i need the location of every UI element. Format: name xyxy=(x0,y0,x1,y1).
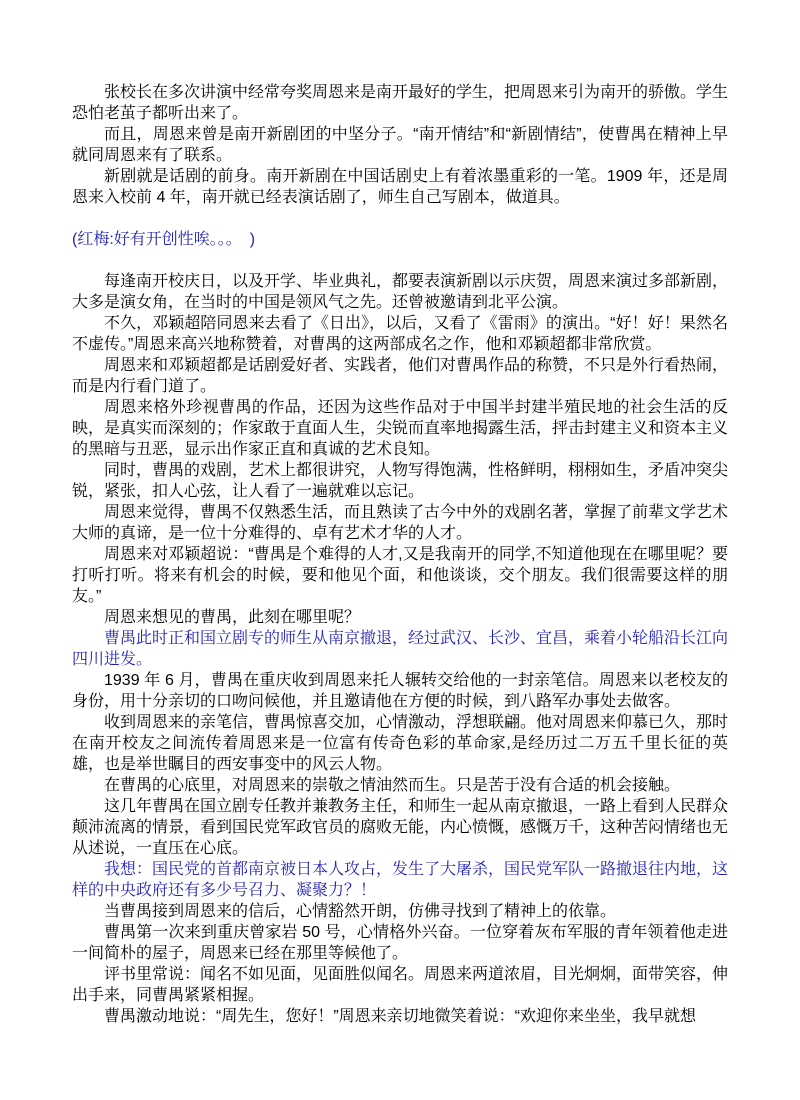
paragraph: 1939 年 6 月，曹禺在重庆收到周恩来托人辗转交给他的一封亲笔信。周恩来以老… xyxy=(72,670,728,712)
paragraph: 周恩来想见的曹禺，此刻在哪里呢？ xyxy=(72,607,728,628)
document-body: 张校长在多次讲演中经常夸奖周恩来是南开最好的学生，把周恩来引为南开的骄傲。学生恐… xyxy=(72,82,728,1027)
paragraph: 周恩来格外珍视曹禺的作品，还因为这些作品对于中国半封建半殖民地的社会生活的反映，… xyxy=(72,397,728,460)
paragraph: 周恩来和邓颖超都是话剧爱好者、实践者，他们对曹禺作品的称赞，不只是外行看热闹，而… xyxy=(72,355,728,397)
paragraph: 在曹禺的心底里，对周恩来的崇敬之情油然而生。只是苦于没有合适的机会接触。 xyxy=(72,775,728,796)
document-page: 张校长在多次讲演中经常夸奖周恩来是南开最好的学生，把周恩来引为南开的骄傲。学生恐… xyxy=(0,0,800,1100)
paragraph: 周恩来对邓颖超说：“曹禺是个难得的人才,又是我南开的同学,不知道他现在在哪里呢？… xyxy=(72,544,728,607)
highlighted-paragraph: 曹禺此时正和国立剧专的师生从南京撤退，经过武汉、长沙、宜昌，乘着小轮船沿长江向四… xyxy=(72,628,728,670)
paragraph: 不久，邓颖超陪同恩来去看了《日出》，以后，又看了《雷雨》的演出。“好！好！果然名… xyxy=(72,313,728,355)
paragraph: 每逢南开校庆日，以及开学、毕业典礼，都要表演新剧以示庆贺，周恩来演过多部新剧，大… xyxy=(72,271,728,313)
paragraph: 新剧就是话剧的前身。南开新剧在中国话剧史上有着浓墨重彩的一笔。1909 年，还是… xyxy=(72,166,728,208)
paragraph: 同时，曹禺的戏剧，艺术上都很讲究，人物写得饱满，性格鲜明，栩栩如生，矛盾冲突尖锐… xyxy=(72,460,728,502)
paragraph: 而且，周恩来曾是南开新剧团的中坚分子。“南开情结”和“新剧情结”，使曹禺在精神上… xyxy=(72,124,728,166)
highlighted-paragraph: 我想：国民党的首都南京被日本人攻占，发生了大屠杀，国民党军队一路撤退往内地，这样… xyxy=(72,859,728,901)
paragraph: 张校长在多次讲演中经常夸奖周恩来是南开最好的学生，把周恩来引为南开的骄傲。学生恐… xyxy=(72,82,728,124)
paragraph: 评书里常说：闻名不如见面，见面胜似闻名。周恩来两道浓眉，目光炯炯，面带笑容，伸出… xyxy=(72,964,728,1006)
comment-annotation: (红梅:好有开创性唉。。。 ) xyxy=(72,229,728,250)
paragraph: 曹禺第一次来到重庆曾家岩 50 号，心情格外兴奋。一位穿着灰布军服的青年领着他走… xyxy=(72,922,728,964)
paragraph: 周恩来觉得，曹禺不仅熟悉生活，而且熟读了古今中外的戏剧名著，掌握了前辈文学艺术大… xyxy=(72,502,728,544)
paragraph: 曹禺激动地说：“周先生，您好！”周恩来亲切地微笑着说：“欢迎你来坐坐，我早就想 xyxy=(72,1006,728,1027)
paragraph: 收到周恩来的亲笔信，曹禺惊喜交加，心情激动，浮想联翩。他对周恩来仰慕已久，那时在… xyxy=(72,712,728,775)
paragraph: 当曹禺接到周恩来的信后，心情豁然开朗，仿佛寻找到了精神上的依靠。 xyxy=(72,901,728,922)
paragraph: 这几年曹禺在国立剧专任教并兼教务主任，和师生一起从南京撤退，一路上看到人民群众颠… xyxy=(72,796,728,859)
